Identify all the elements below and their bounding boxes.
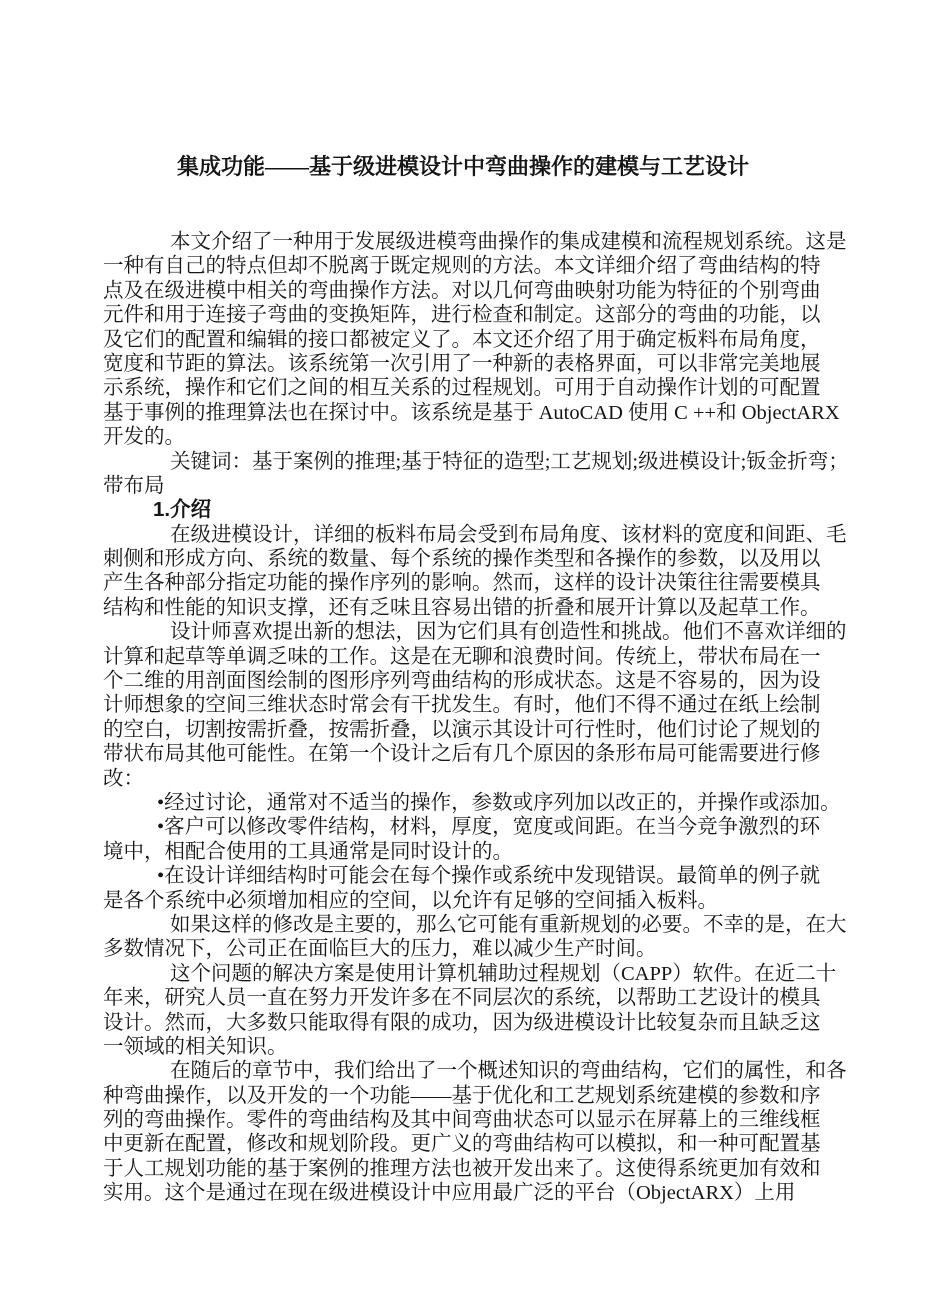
text-line: 中更新在配置，修改和规划阶段。更广义的弯曲结构可以模拟，和一种可配置基	[103, 1132, 823, 1156]
text-line: 产生各种部分指定功能的操作序列的影响。然而，这样的设计决策往往需要模具	[103, 571, 823, 595]
text-line: 实用。这个是通过在现在级进模设计中应用最广泛的平台（ObjectARX）上用	[103, 1181, 823, 1205]
text-line: 改：	[103, 767, 823, 791]
text-line: 带布局	[103, 474, 823, 498]
text-line: 1.介绍	[103, 498, 823, 522]
document-text-blocks: 本文介绍了一种用于发展级进模弯曲操作的集成建模和流程规划系统。这是一种有自己的特…	[103, 230, 823, 1206]
text-line: 设计。然而，大多数只能取得有限的成功，因为级进模设计比较复杂而且缺乏这	[103, 1011, 823, 1035]
intro-paragraph-1: 在级进模设计，详细的板料布局会受到布局角度、该材料的宽度和间距、毛刺侧和形成方向…	[103, 523, 823, 621]
text-line: 点及在级进模中相关的弯曲操作方法。对以几何弯曲映射功能为特征的个别弯曲	[103, 279, 823, 303]
text-line: 宽度和节距的算法。该系统第一次引用了一种新的表格界面，可以非常完美地展	[103, 352, 823, 376]
text-line: 及它们的配置和编辑的接口都被定义了。本文还介绍了用于确定板料布局角度，	[103, 328, 823, 352]
document-page: 集成功能——基于级进模设计中弯曲操作的建模与工艺设计 本文介绍了一种用于发展级进…	[0, 0, 926, 1309]
abstract-paragraph: 本文介绍了一种用于发展级进模弯曲操作的集成建模和流程规划系统。这是一种有自己的特…	[103, 230, 823, 450]
text-line: •客户可以修改零件结构，材料，厚度，宽度或间距。在当今竞争激烈的环	[103, 815, 823, 839]
text-line: 个二维的用剖面图绘制的图形序列弯曲结构的形成状态。这是不容易的，因为设	[103, 669, 823, 693]
text-line: 的空白，切割按需折叠，按需折叠，以演示其设计可行性时，他们讨论了规划的	[103, 718, 823, 742]
text-line: 多数情况下，公司正在面临巨大的压力，难以减少生产时间。	[103, 937, 823, 961]
document-title: 集成功能——基于级进模设计中弯曲操作的建模与工艺设计	[103, 152, 823, 182]
text-line: 这个问题的解决方案是使用计算机辅助过程规划（CAPP）软件。在近二十	[103, 962, 823, 986]
text-line: •经过讨论，通常对不适当的操作，参数或序列加以改正的，并操作或添加。	[103, 791, 823, 815]
text-line: 境中，相配合使用的工具通常是同时设计的。	[103, 840, 823, 864]
bullet-item-2: •客户可以修改零件结构，材料，厚度，宽度或间距。在当今竞争激烈的环境中，相配合使…	[103, 815, 823, 864]
text-line: 结构和性能的知识支撑，还有乏味且容易出错的折叠和展开计算以及起草工作。	[103, 596, 823, 620]
text-line: 一种有自己的特点但却不脱离于既定规则的方法。本文详细介绍了弯曲结构的特	[103, 254, 823, 278]
intro-paragraph-2: 设计师喜欢提出新的想法，因为它们具有创造性和挑战。他们不喜欢详细的计算和起草等单…	[103, 620, 823, 791]
text-line: 刺侧和形成方向、系统的数量、每个系统的操作类型和各操作的参数，以及用以	[103, 547, 823, 571]
text-line: 在随后的章节中，我们给出了一个概述知识的弯曲结构，它们的属性，和各	[103, 1059, 823, 1083]
text-line: 基于事例的推理算法也在探讨中。该系统是基于 AutoCAD 使用 C ++和 O…	[103, 401, 823, 425]
text-line: 本文介绍了一种用于发展级进模弯曲操作的集成建模和流程规划系统。这是	[103, 230, 823, 254]
text-line: 计师想象的空间三维状态时常会有干扰发生。有时，他们不得不通过在纸上绘制	[103, 693, 823, 717]
text-line: 如果这样的修改是主要的，那么它可能有重新规划的必要。不幸的是，在大	[103, 913, 823, 937]
text-line: 设计师喜欢提出新的想法，因为它们具有创造性和挑战。他们不喜欢详细的	[103, 620, 823, 644]
intro-paragraph-4: 这个问题的解决方案是使用计算机辅助过程规划（CAPP）软件。在近二十年来，研究人…	[103, 962, 823, 1060]
text-line: 是各个系统中必须增加相应的空间，以允许有足够的空间插入板料。	[103, 889, 823, 913]
section-1-heading: 1.介绍	[103, 498, 823, 522]
bullet-item-1: •经过讨论，通常对不适当的操作，参数或序列加以改正的，并操作或添加。	[103, 791, 823, 815]
intro-paragraph-5: 在随后的章节中，我们给出了一个概述知识的弯曲结构，它们的属性，和各种弯曲操作，以…	[103, 1059, 823, 1205]
text-line: 于人工规划功能的基于案例的推理方法也被开发出来了。这使得系统更加有效和	[103, 1157, 823, 1181]
text-line: 元件和用于连接子弯曲的变换矩阵，进行检查和制定。这部分的弯曲的功能，以	[103, 303, 823, 327]
text-line: 年来，研究人员一直在努力开发许多在不同层次的系统，以帮助工艺设计的模具	[103, 986, 823, 1010]
text-line: 在级进模设计，详细的板料布局会受到布局角度、该材料的宽度和间距、毛	[103, 523, 823, 547]
text-line: 带状布局其他可能性。在第一个设计之后有几个原因的条形布局可能需要进行修	[103, 742, 823, 766]
text-line: 一领域的相关知识。	[103, 1035, 823, 1059]
text-line: 列的弯曲操作。零件的弯曲结构及其中间弯曲状态可以显示在屏幕上的三维线框	[103, 1108, 823, 1132]
text-line: 关键词：基于案例的推理;基于特征的造型;工艺规划;级进模设计;钣金折弯；	[103, 450, 823, 474]
text-line: 计算和起草等单调乏味的工作。这是在无聊和浪费时间。传统上，带状布局在一	[103, 645, 823, 669]
text-line: •在设计详细结构时可能会在每个操作或系统中发现错误。最简单的例子就	[103, 864, 823, 888]
intro-paragraph-3: 如果这样的修改是主要的，那么它可能有重新规划的必要。不幸的是，在大多数情况下，公…	[103, 913, 823, 962]
text-line: 种弯曲操作，以及开发的一个功能——基于优化和工艺规划系统建模的参数和序	[103, 1084, 823, 1108]
document-body: 集成功能——基于级进模设计中弯曲操作的建模与工艺设计 本文介绍了一种用于发展级进…	[103, 152, 823, 1206]
keywords-paragraph: 关键词：基于案例的推理;基于特征的造型;工艺规划;级进模设计;钣金折弯；带布局	[103, 450, 823, 499]
text-line: 开发的。	[103, 425, 823, 449]
text-line: 示系统，操作和它们之间的相互关系的过程规划。可用于自动操作计划的可配置	[103, 376, 823, 400]
bullet-item-3: •在设计详细结构时可能会在每个操作或系统中发现错误。最简单的例子就是各个系统中必…	[103, 864, 823, 913]
